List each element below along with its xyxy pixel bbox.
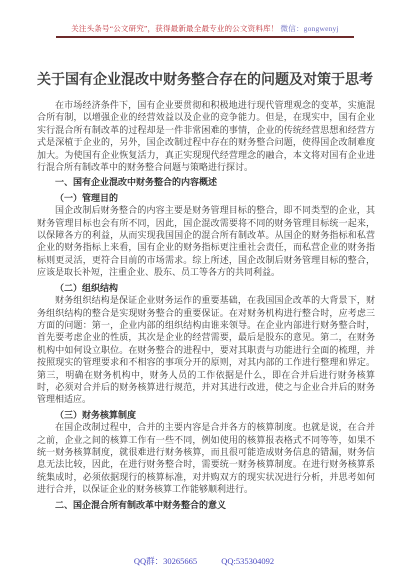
- qq-group-text: QQ群：30265665: [134, 556, 197, 566]
- document-page: { "header": { "note": "关注头条号“公文研究”，获得最新最…: [0, 0, 408, 580]
- document-title: 关于国有企业混改中财务整合存在的问题及对策于思考: [37, 68, 375, 90]
- doc-heading-section-2: 二、国企混合所有制改革中财务整合的意义: [37, 499, 375, 511]
- doc-subheading-1-1: （一）管理目的: [37, 192, 375, 204]
- page-footer: QQ群：30265665 QQ:535304092: [0, 555, 408, 567]
- doc-subheading-1-3: （三）财务核算制度: [37, 409, 375, 421]
- doc-paragraph-intro: 在市场经济条件下，国有企业要贯彻和积极地进行现代管理观念的变革，实施混合所有制，…: [37, 99, 375, 173]
- doc-paragraph-management-goal: 国企改制后财务整合的内容主要是财务管理目标的整合，即不同类型的企业，其财务管理目…: [37, 204, 375, 278]
- header-wechat-text: 微信：gongwenyj: [281, 24, 339, 33]
- header-promo-text: 关注头条号“公文研究”，获得最新最全最专业的公文资料库！: [71, 24, 278, 33]
- qq-number-text: QQ:535304092: [221, 556, 274, 566]
- doc-paragraph-accounting-system: 在国企改制过程中，合并的主要内容是合并各方的核算制度。也就是说，在合并之前，企业…: [37, 421, 375, 495]
- page-header: 关注头条号“公文研究”，获得最新最全最专业的公文资料库！ 微信：gongweny…: [56, 24, 354, 38]
- doc-heading-section-1: 一、国有企业混改中财务整合的内容概述: [37, 176, 375, 188]
- doc-subheading-1-2: （二）组织结构: [37, 282, 375, 294]
- doc-paragraph-org-structure: 财务组织结构是保证企业财务运作的重要基础，在我国国企改革的大背景下，财务组织结构…: [37, 294, 375, 406]
- document-body: 关于国有企业混改中财务整合存在的问题及对策于思考 在市场经济条件下，国有企业要贯…: [37, 60, 375, 511]
